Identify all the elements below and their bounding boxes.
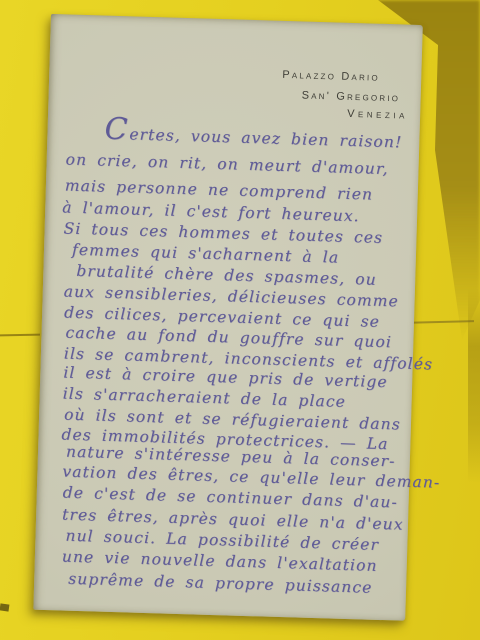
- letterhead-palazzo-dario: Palazzo Dario: [282, 69, 380, 84]
- letterhead-san-gregorio: San' Gregorio: [302, 89, 401, 104]
- background-corner-edge: [0, 603, 9, 611]
- handwritten-line: mais personne ne comprend rien: [65, 177, 374, 202]
- handwritten-line: suprême de sa propre puissance: [68, 571, 373, 596]
- handwritten-line: on crie, on rit, on meurt d'amour,: [65, 152, 388, 178]
- photo-of-letter: Palazzo Dario San' Gregorio Venezia Cert…: [0, 0, 480, 640]
- background-right-shadow: [468, 288, 480, 483]
- handwritten-line: Certes, vous avez bien raison!: [104, 122, 402, 151]
- letterhead-venezia: Venezia: [347, 108, 408, 122]
- letter-paper: Palazzo Dario San' Gregorio Venezia Cert…: [33, 14, 423, 621]
